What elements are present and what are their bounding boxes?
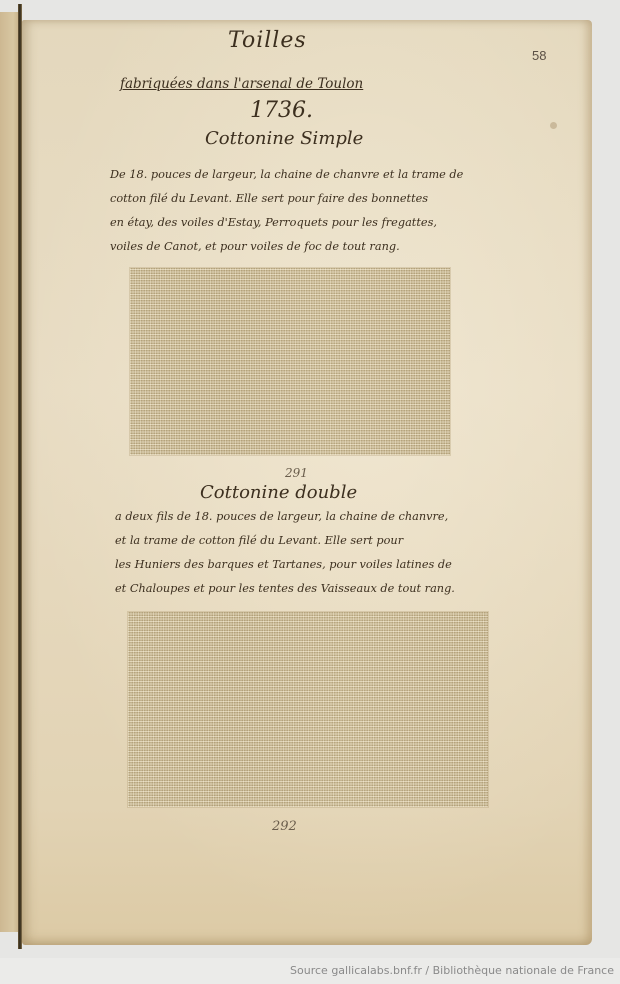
paper-stain	[550, 122, 557, 129]
specimen-number: 292	[272, 819, 297, 834]
text-line: les Huniers des barques et Tartanes, pou…	[115, 553, 515, 577]
text-line: voiles de Canot, et pour voiles de foc d…	[110, 235, 520, 259]
page-year: 1736.	[250, 98, 313, 123]
section-heading-cottonine-simple: Cottonine Simple	[205, 128, 363, 149]
text-line: et la trame de cotton filé du Levant. El…	[115, 529, 515, 553]
text-line: a deux fils de 18. pouces de largeur, la…	[115, 505, 515, 529]
text-line: et Chaloupes et pour les tentes des Vais…	[115, 577, 515, 601]
page-subtitle: fabriquées dans l'arsenal de Toulon	[120, 76, 363, 92]
text-line: cotton filé du Levant. Elle sert pour fa…	[110, 187, 520, 211]
section-text-cottonine-double: a deux fils de 18. pouces de largeur, la…	[115, 505, 515, 601]
text-line: De 18. pouces de largeur, la chaine de c…	[110, 163, 520, 187]
fabric-swatch-291	[130, 268, 450, 455]
folio-number: 58	[532, 48, 546, 63]
source-credit: Source gallicalabs.bnf.fr / Bibliothèque…	[290, 964, 614, 977]
page-scan-viewer: 58 Toilles fabriquées dans l'arsenal de …	[0, 0, 620, 958]
fabric-swatch-292	[128, 612, 488, 807]
text-line: en étay, des voiles d'Estay, Perroquets …	[110, 211, 520, 235]
section-heading-cottonine-double: Cottonine double	[200, 482, 357, 503]
page-title: Toilles	[228, 28, 307, 53]
specimen-number: 291	[285, 466, 308, 480]
section-text-cottonine-simple: De 18. pouces de largeur, la chaine de c…	[110, 163, 520, 259]
